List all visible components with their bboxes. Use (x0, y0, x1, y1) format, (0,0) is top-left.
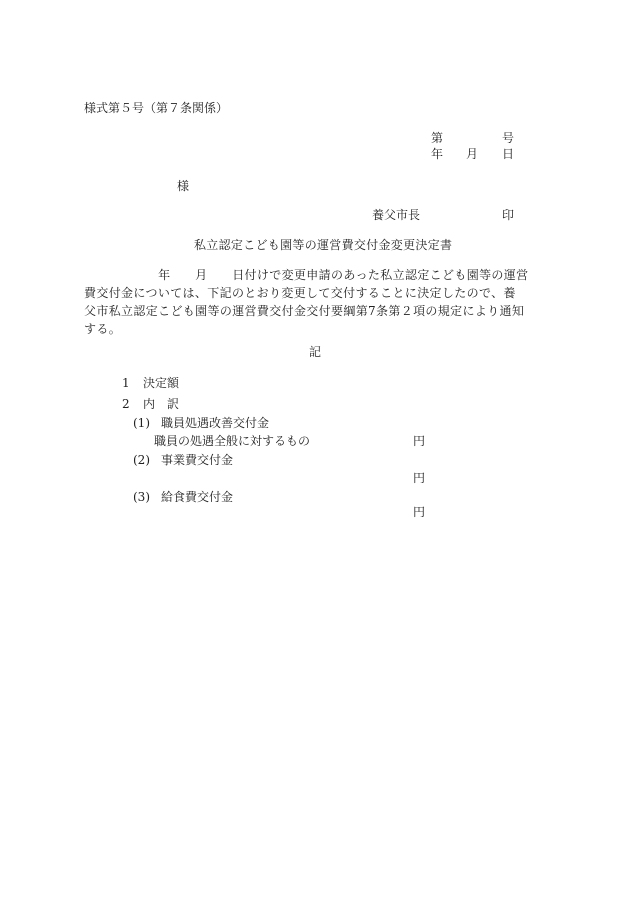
body-line: 費交付金については、下記のとおり変更して交付することに決定したので、養 (84, 284, 532, 302)
item1-label: 決定額 (143, 376, 179, 390)
sub2-unit: 円 (413, 471, 425, 485)
body-line: 年 月 日付けで変更申請のあった私立認定こども園等の運営 (84, 266, 532, 284)
sub3-unit: 円 (413, 505, 425, 519)
item2-number: 2 (122, 397, 130, 411)
date-day: 日 (502, 147, 514, 161)
doc-number-suffix: 号 (502, 131, 514, 145)
body-line: 父市私立認定こども園等の運営費交付金交付要綱第7条第２項の規定により通知 (84, 302, 532, 320)
date-year: 年 (431, 147, 443, 161)
addressee-suffix: 様 (177, 179, 189, 193)
sub1-label: 職員処遇改善交付金 (161, 416, 269, 430)
date-month: 月 (466, 147, 478, 161)
item1-number: 1 (122, 376, 130, 390)
sub2-label: 事業費交付金 (161, 453, 233, 467)
seal-mark: 印 (502, 208, 514, 222)
body-paragraph: 年 月 日付けで変更申請のあった私立認定こども園等の運営 費交付金については、下… (84, 266, 532, 338)
form-number: 様式第５号（第７条関係） (84, 101, 228, 115)
doc-number-prefix: 第 (431, 131, 443, 145)
document-title: 私立認定こども園等の運営費交付金変更決定書 (194, 238, 452, 252)
sub1-unit: 円 (413, 434, 425, 448)
issuer-name: 養父市長 (372, 208, 420, 222)
sub2-number: (2) (133, 453, 150, 467)
sub1-detail: 職員の処遇全般に対するもの (154, 434, 310, 448)
body-line: する。 (84, 320, 532, 338)
sub3-label: 給食費交付金 (161, 490, 233, 504)
note-heading: 記 (309, 345, 321, 359)
sub1-number: (1) (133, 416, 150, 430)
sub3-number: (3) (133, 490, 150, 504)
item2-label: 内 訳 (143, 397, 179, 411)
